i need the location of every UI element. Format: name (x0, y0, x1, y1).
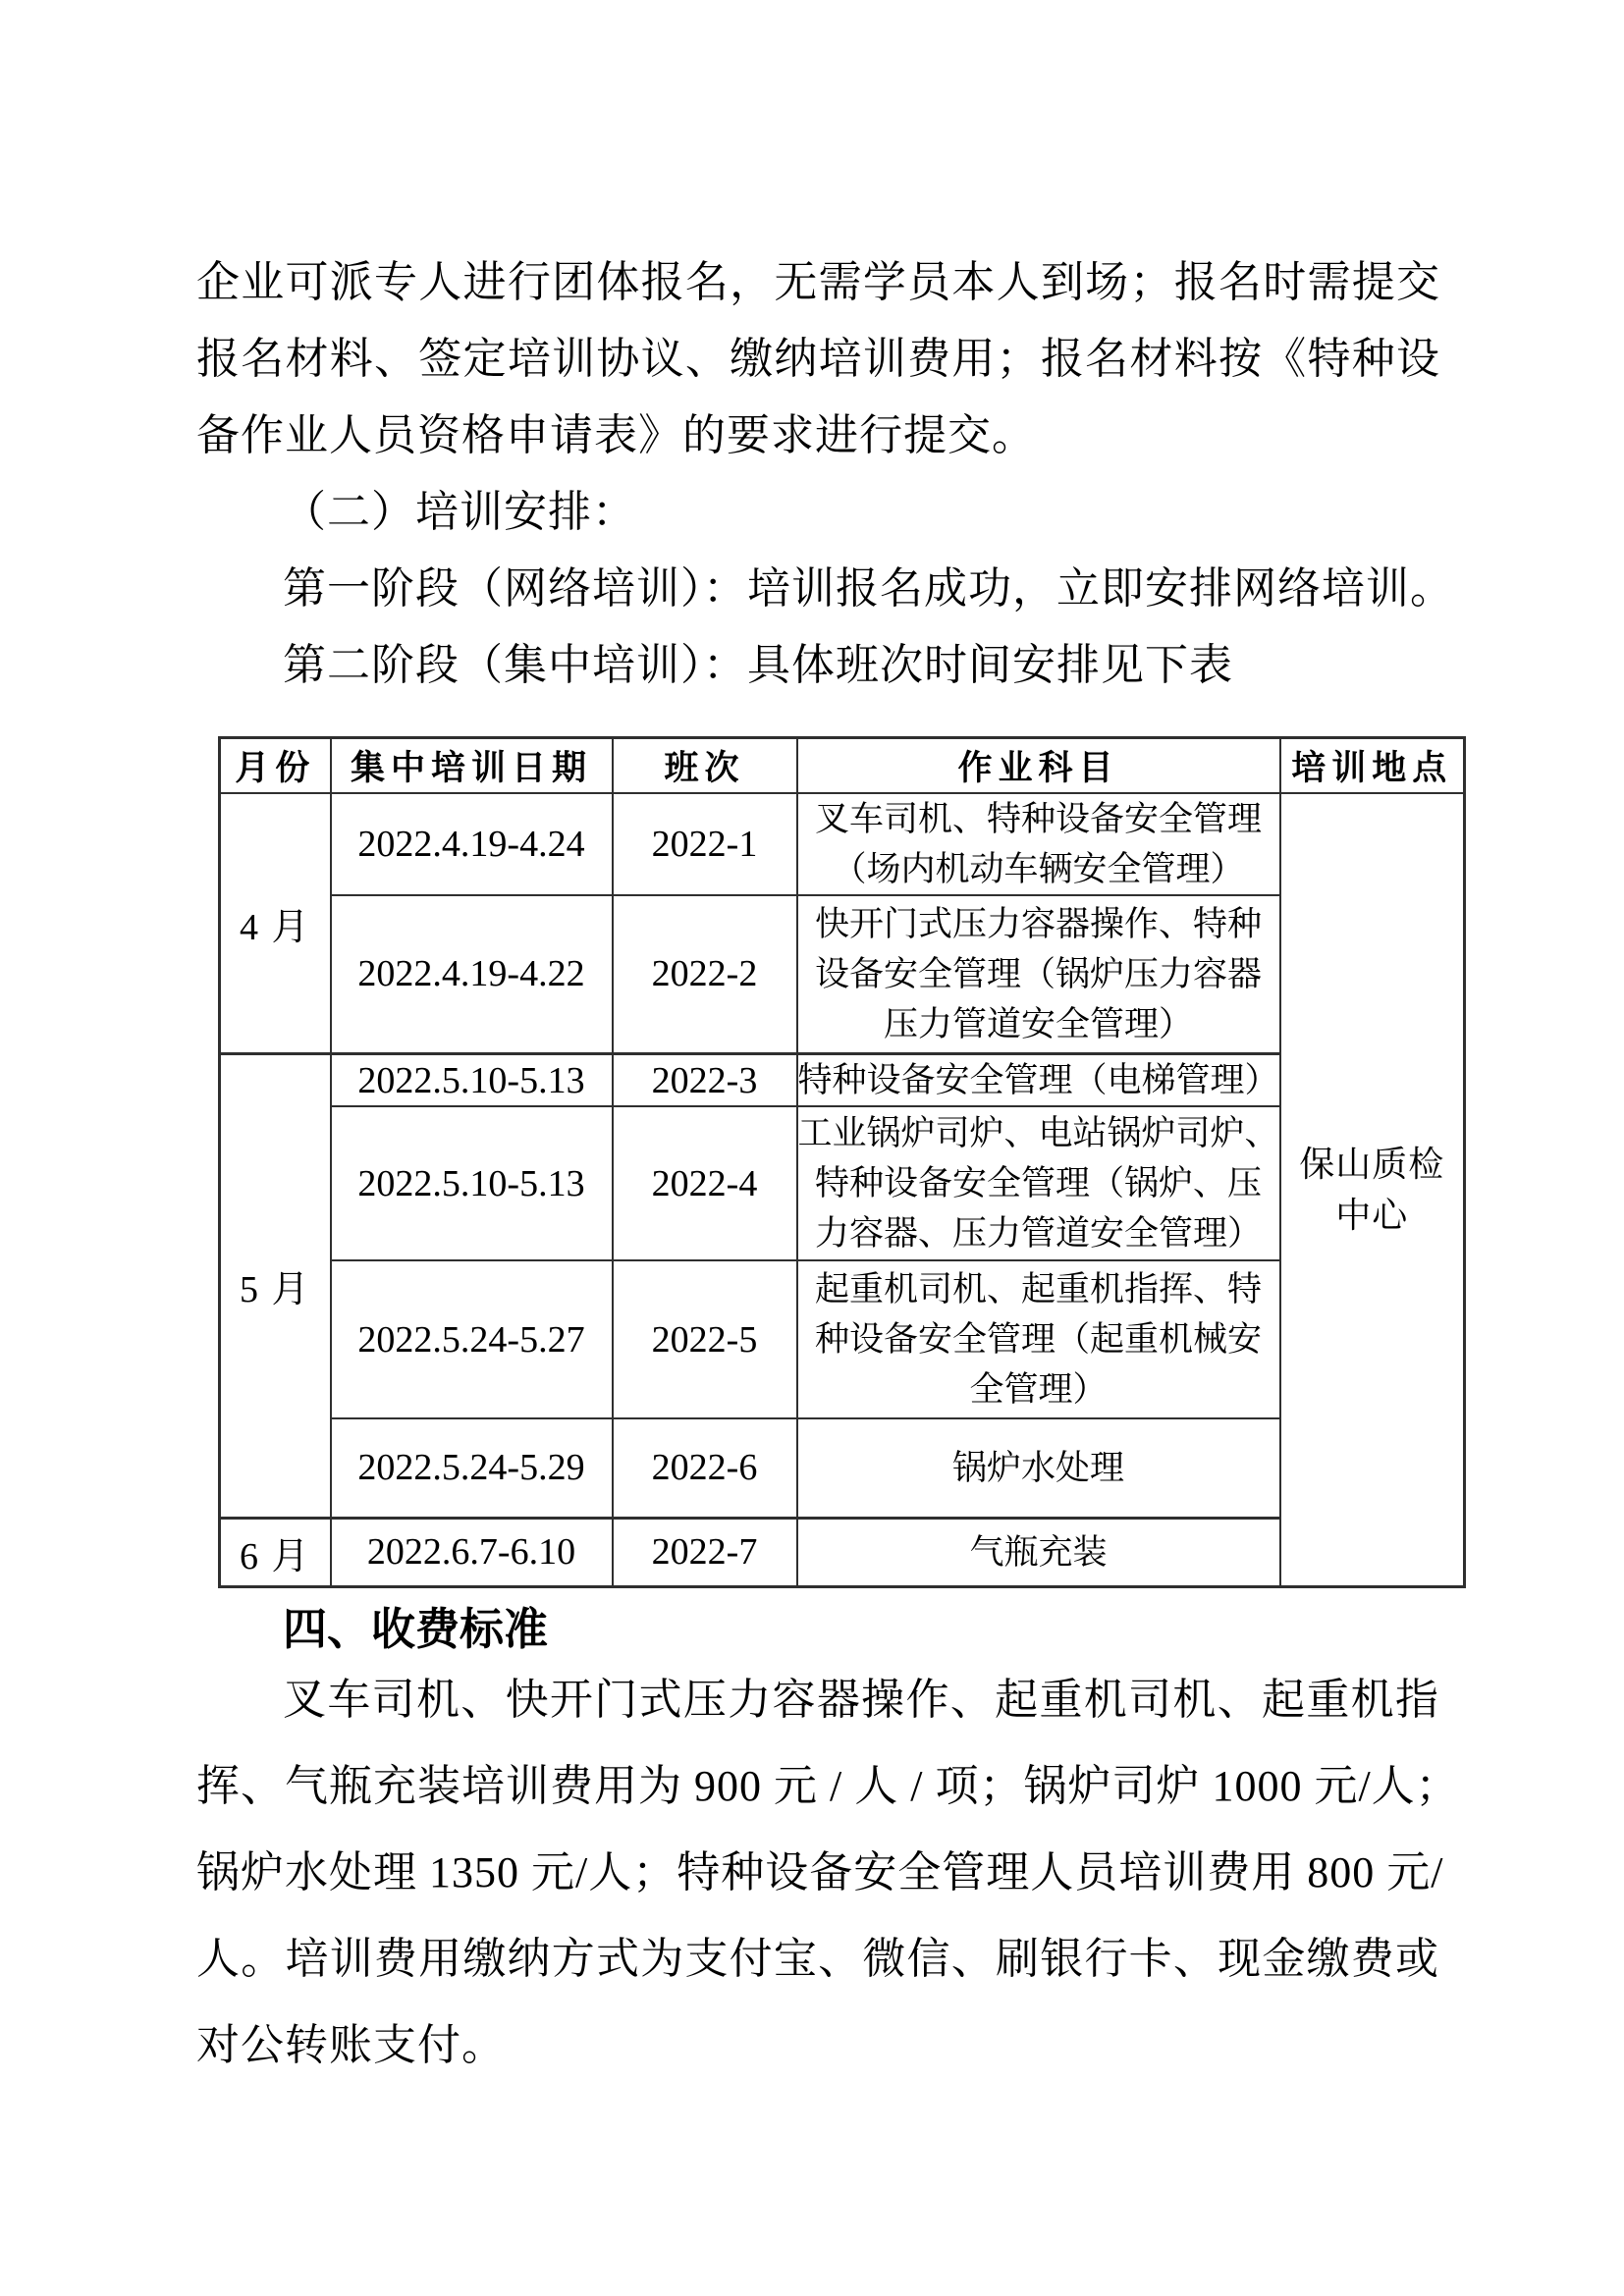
class-cell: 2022-1 (613, 793, 797, 895)
header-date: 集中培训日期 (331, 738, 613, 793)
month-cell-april: 4 月 (220, 793, 331, 1054)
subject-cell: 叉车司机、特种设备安全管理 （场内机动车辆安全管理） (797, 793, 1280, 895)
class-cell: 2022-2 (613, 895, 797, 1054)
subject-cell: 工业锅炉司炉、电站锅炉司炉、 特种设备安全管理（锅炉、压 力容器、压力管道安全管… (797, 1106, 1280, 1260)
location-line: 保山质检 (1281, 1139, 1464, 1190)
table-row: 2022.5.10-5.13 2022-4 工业锅炉司炉、电站锅炉司炉、 特种设… (220, 1106, 1465, 1260)
header-location: 培训地点 (1280, 738, 1465, 793)
table-row: 2022.4.19-4.22 2022-2 快开门式压力容器操作、特种 设备安全… (220, 895, 1465, 1054)
subject-line: 气瓶充装 (798, 1527, 1279, 1577)
class-cell: 2022-3 (613, 1054, 797, 1107)
fee-line: 挥、气瓶充装培训费用为 900 元 / 人 / 项；锅炉司炉 1000 元/人； (196, 1743, 1439, 1830)
class-cell: 2022-7 (613, 1518, 797, 1586)
subject-line: 快开门式压力容器操作、特种 (798, 899, 1279, 949)
intro-line: 企业可派专人进行团体报名，无需学员本人到场；报名时需提交 (196, 244, 1439, 321)
subject-line: 叉车司机、特种设备安全管理 (798, 794, 1279, 844)
class-cell: 2022-4 (613, 1106, 797, 1260)
subject-cell: 特种设备安全管理（电梯管理） (797, 1054, 1280, 1107)
subject-line: 起重机司机、起重机指挥、特 (798, 1264, 1279, 1314)
location-cell: 保山质检 中心 (1280, 793, 1465, 1587)
header-class: 班次 (613, 738, 797, 793)
subject-line: 特种设备安全管理（电梯管理） (798, 1055, 1279, 1105)
subject-line: （场内机动车辆安全管理） (798, 844, 1279, 894)
date-cell: 2022.5.10-5.13 (331, 1106, 613, 1260)
training-schedule-table: 月份 集中培训日期 班次 作业科目 培训地点 4 月 2022.4.19-4.2… (218, 736, 1466, 1588)
class-cell: 2022-5 (613, 1260, 797, 1418)
date-cell: 2022.4.19-4.22 (331, 895, 613, 1054)
fee-line: 人。培训费用缴纳方式为支付宝、微信、刷银行卡、现金缴费或 (196, 1916, 1439, 2002)
table-header-row: 月份 集中培训日期 班次 作业科目 培训地点 (220, 738, 1465, 793)
fee-line: 叉车司机、快开门式压力容器操作、起重机司机、起重机指 (196, 1657, 1439, 1743)
subject-line: 锅炉水处理 (798, 1443, 1279, 1493)
subject-line: 全管理） (798, 1364, 1279, 1415)
subject-line: 设备安全管理（锅炉压力容器 (798, 949, 1279, 999)
date-cell: 2022.5.24-5.29 (331, 1418, 613, 1518)
table-row: 6 月 2022.6.7-6.10 2022-7 气瓶充装 (220, 1518, 1465, 1586)
date-cell: 2022.6.7-6.10 (331, 1518, 613, 1586)
location-line: 中心 (1281, 1190, 1464, 1241)
fee-line: 对公转账支付。 (196, 2002, 1439, 2089)
subject-cell: 起重机司机、起重机指挥、特 种设备安全管理（起重机械安 全管理） (797, 1260, 1280, 1418)
subject-line: 工业锅炉司炉、电站锅炉司炉、 (798, 1108, 1279, 1158)
month-cell-june: 6 月 (220, 1518, 331, 1586)
intro-line: 报名材料、签定培训协议、缴纳培训费用；报名材料按《特种设 (196, 321, 1439, 398)
month-cell-may: 5 月 (220, 1054, 331, 1519)
subject-cell: 快开门式压力容器操作、特种 设备安全管理（锅炉压力容器 压力管道安全管理） (797, 895, 1280, 1054)
class-cell: 2022-6 (613, 1418, 797, 1518)
table-row: 4 月 2022.4.19-4.24 2022-1 叉车司机、特种设备安全管理 … (220, 793, 1465, 895)
subject-line: 种设备安全管理（起重机械安 (798, 1314, 1279, 1364)
subject-cell: 锅炉水处理 (797, 1418, 1280, 1518)
subject-line: 力容器、压力管道安全管理） (798, 1208, 1279, 1258)
training-phase2-line: 第二阶段（集中培训）：具体班次时间安排见下表 (196, 627, 1439, 704)
subject-line: 压力管道安全管理） (798, 999, 1279, 1049)
document-page: 企业可派专人进行团体报名，无需学员本人到场；报名时需提交 报名材料、签定培训协议… (0, 0, 1624, 2296)
date-cell: 2022.5.24-5.27 (331, 1260, 613, 1418)
header-month: 月份 (220, 738, 331, 793)
training-arrangement-heading: （二）培训安排： (196, 474, 1439, 551)
subject-line: 特种设备安全管理（锅炉、压 (798, 1158, 1279, 1208)
date-cell: 2022.5.10-5.13 (331, 1054, 613, 1107)
training-phase1-line: 第一阶段（网络培训）：培训报名成功，立即安排网络培训。 (196, 551, 1439, 627)
intro-line: 备作业人员资格申请表》的要求进行提交。 (196, 398, 1439, 474)
header-subject: 作业科目 (797, 738, 1280, 793)
date-cell: 2022.4.19-4.24 (331, 793, 613, 895)
table-row: 2022.5.24-5.27 2022-5 起重机司机、起重机指挥、特 种设备安… (220, 1260, 1465, 1418)
table-row: 5 月 2022.5.10-5.13 2022-3 特种设备安全管理（电梯管理） (220, 1054, 1465, 1107)
fee-line: 锅炉水处理 1350 元/人；特种设备安全管理人员培训费用 800 元/ (196, 1830, 1439, 1916)
subject-cell: 气瓶充装 (797, 1518, 1280, 1586)
table-row: 2022.5.24-5.29 2022-6 锅炉水处理 (220, 1418, 1465, 1518)
